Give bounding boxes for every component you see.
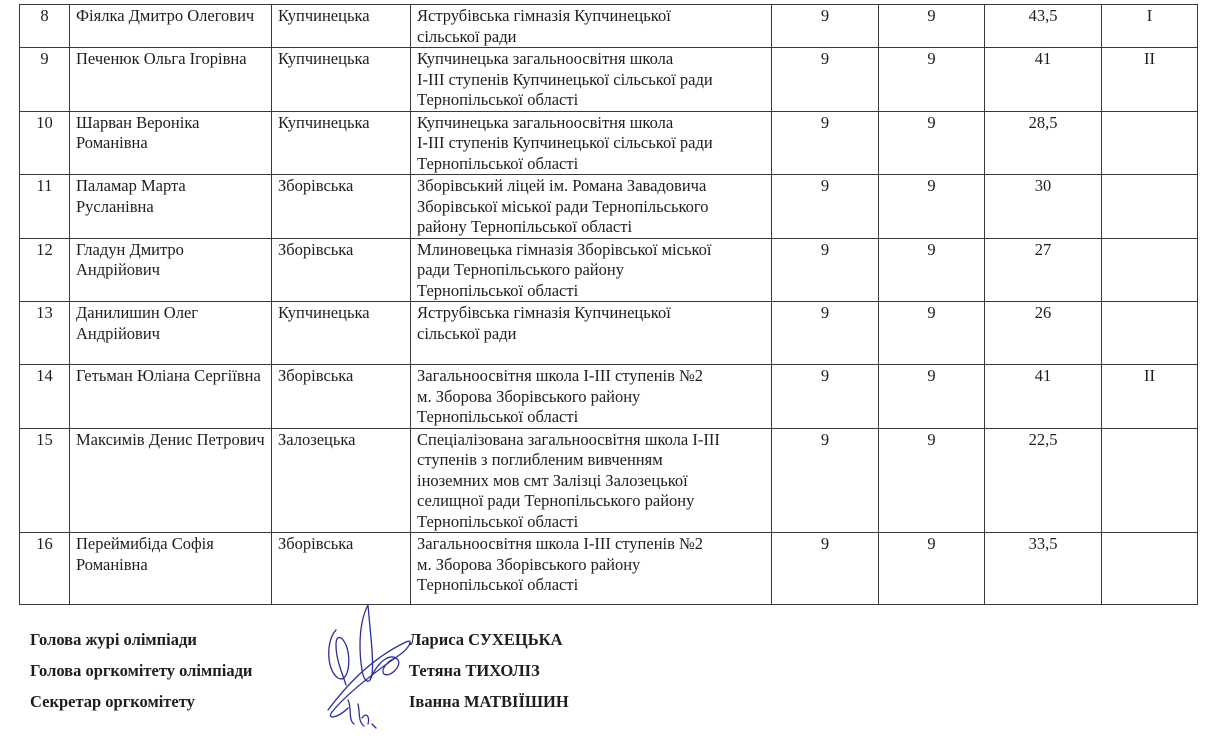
school-name-line: Тернопільської області <box>417 512 765 533</box>
grade-value: 9 <box>772 428 879 533</box>
school-name-line: ступенів з поглибленим вивченням <box>417 450 765 471</box>
table-row: 14Гетьман Юліана СергіївнаЗборівськаЗага… <box>20 365 1198 429</box>
school-name-line: І-ІІІ ступенів Купчинецької сільської ра… <box>417 70 765 91</box>
signatory-role: Голова оргкомітету олімпіади <box>30 661 252 681</box>
class-value: 9 <box>879 365 985 429</box>
school-name-line: Спеціалізована загальноосвітня школа І-І… <box>417 430 765 451</box>
grade-value: 9 <box>772 533 879 605</box>
participant-name: Фіялка Дмитро Олегович <box>70 5 272 48</box>
place-value <box>1102 175 1198 239</box>
class-value: 9 <box>879 302 985 365</box>
signatory-name: Тетяна ТИХОЛІЗ <box>409 661 540 681</box>
school-name: Купчинецька загальноосвітня школаІ-ІІІ с… <box>411 48 772 112</box>
class-value: 9 <box>879 533 985 605</box>
row-number: 13 <box>20 302 70 365</box>
table-row: 11Паламар Марта РусланівнаЗборівськаЗбор… <box>20 175 1198 239</box>
participant-name: Гладун Дмитро Андрійович <box>70 238 272 302</box>
school-name-line: м. Зборова Зборівського району <box>417 387 765 408</box>
class-value: 9 <box>879 428 985 533</box>
signatory-name: Лариса СУХЕЦЬКА <box>409 630 562 650</box>
results-table: 8Фіялка Дмитро ОлеговичКупчинецькаЯструб… <box>19 4 1198 605</box>
class-value: 9 <box>879 5 985 48</box>
community-name: Зборівська <box>272 533 411 605</box>
row-number: 14 <box>20 365 70 429</box>
school-name-line: сільської ради <box>417 27 765 48</box>
row-number: 9 <box>20 48 70 112</box>
score-value: 43,5 <box>985 5 1102 48</box>
school-name-line: Зборівської міської ради Тернопільського <box>417 197 765 218</box>
school-name: Загальноосвітня школа І-ІІІ ступенів №2м… <box>411 533 772 605</box>
score-value: 41 <box>985 365 1102 429</box>
score-value: 26 <box>985 302 1102 365</box>
place-value <box>1102 302 1198 365</box>
signatory-name: Іванна МАТВІЇШИН <box>409 692 569 712</box>
row-number: 16 <box>20 533 70 605</box>
place-value <box>1102 111 1198 175</box>
place-value: I <box>1102 5 1198 48</box>
community-name: Зборівська <box>272 238 411 302</box>
school-name-line: Тернопільської області <box>417 407 765 428</box>
school-name-line: Загальноосвітня школа І-ІІІ ступенів №2 <box>417 366 765 387</box>
table-row: 10Шарван Вероніка РоманівнаКупчинецькаКу… <box>20 111 1198 175</box>
grade-value: 9 <box>772 302 879 365</box>
table-row: 13Данилишин Олег АндрійовичКупчинецькаЯс… <box>20 302 1198 365</box>
table-row: 8Фіялка Дмитро ОлеговичКупчинецькаЯструб… <box>20 5 1198 48</box>
school-name: Яструбівська гімназія Купчинецькоїсільсь… <box>411 5 772 48</box>
grade-value: 9 <box>772 175 879 239</box>
table-row: 12Гладун Дмитро АндрійовичЗборівськаМлин… <box>20 238 1198 302</box>
participant-name: Паламар Марта Русланівна <box>70 175 272 239</box>
community-name: Купчинецька <box>272 48 411 112</box>
handwritten-signature <box>318 600 418 735</box>
place-value <box>1102 238 1198 302</box>
participant-name: Шарван Вероніка Романівна <box>70 111 272 175</box>
row-number: 12 <box>20 238 70 302</box>
place-value <box>1102 533 1198 605</box>
community-name: Залозецька <box>272 428 411 533</box>
participant-name: Гетьман Юліана Сергіївна <box>70 365 272 429</box>
school-name-line: Купчинецька загальноосвітня школа <box>417 113 765 134</box>
school-name-line: Загальноосвітня школа І-ІІІ ступенів №2 <box>417 534 765 555</box>
participant-name: Данилишин Олег Андрійович <box>70 302 272 365</box>
score-value: 28,5 <box>985 111 1102 175</box>
row-number: 10 <box>20 111 70 175</box>
results-table-body: 8Фіялка Дмитро ОлеговичКупчинецькаЯструб… <box>20 5 1198 605</box>
school-name: Купчинецька загальноосвітня школаІ-ІІІ с… <box>411 111 772 175</box>
row-number: 11 <box>20 175 70 239</box>
participant-name: Максимів Денис Петрович <box>70 428 272 533</box>
school-name: Яструбівська гімназія Купчинецькоїсільсь… <box>411 302 772 365</box>
score-value: 33,5 <box>985 533 1102 605</box>
school-name-line: іноземних мов смт Залізці Залозецької <box>417 471 765 492</box>
community-name: Купчинецька <box>272 302 411 365</box>
table-row: 9Печенюк Ольга ІгорівнаКупчинецькаКупчин… <box>20 48 1198 112</box>
school-name-line: Яструбівська гімназія Купчинецької <box>417 303 765 324</box>
score-value: 27 <box>985 238 1102 302</box>
class-value: 9 <box>879 175 985 239</box>
school-name-line: Тернопільської області <box>417 154 765 175</box>
community-name: Купчинецька <box>272 5 411 48</box>
school-name-line: І-ІІІ ступенів Купчинецької сільської ра… <box>417 133 765 154</box>
school-name-line: сільської ради <box>417 324 765 345</box>
grade-value: 9 <box>772 5 879 48</box>
place-value: II <box>1102 365 1198 429</box>
class-value: 9 <box>879 111 985 175</box>
class-value: 9 <box>879 48 985 112</box>
school-name-line: Купчинецька загальноосвітня школа <box>417 49 765 70</box>
community-name: Зборівська <box>272 365 411 429</box>
grade-value: 9 <box>772 111 879 175</box>
participant-name: Печенюк Ольга Ігорівна <box>70 48 272 112</box>
grade-value: 9 <box>772 238 879 302</box>
school-name: Спеціалізована загальноосвітня школа І-І… <box>411 428 772 533</box>
table-row: 15Максимів Денис ПетровичЗалозецькаСпеці… <box>20 428 1198 533</box>
place-value <box>1102 428 1198 533</box>
school-name-line: Тернопільської області <box>417 90 765 111</box>
school-name-line: ради Тернопільського району <box>417 260 765 281</box>
school-name-line: селищної ради Тернопільського району <box>417 491 765 512</box>
school-name-line: Зборівський ліцей ім. Романа Завадовича <box>417 176 765 197</box>
signatory-role: Секретар оргкомітету <box>30 692 195 712</box>
school-name: Загальноосвітня школа І-ІІІ ступенів №2м… <box>411 365 772 429</box>
community-name: Купчинецька <box>272 111 411 175</box>
table-row: 16Переймибіда Софія РоманівнаЗборівськаЗ… <box>20 533 1198 605</box>
row-number: 8 <box>20 5 70 48</box>
grade-value: 9 <box>772 48 879 112</box>
row-number: 15 <box>20 428 70 533</box>
school-name-line: Тернопільської області <box>417 575 765 596</box>
community-name: Зборівська <box>272 175 411 239</box>
place-value: II <box>1102 48 1198 112</box>
score-value: 22,5 <box>985 428 1102 533</box>
school-name: Зборівський ліцей ім. Романа ЗавадовичаЗ… <box>411 175 772 239</box>
school-name-line: Тернопільської області <box>417 281 765 302</box>
school-name: Млиновецька гімназія Зборівської міської… <box>411 238 772 302</box>
score-value: 30 <box>985 175 1102 239</box>
signatory-role: Голова журі олімпіади <box>30 630 197 650</box>
school-name-line: району Тернопільської області <box>417 217 765 238</box>
participant-name: Переймибіда Софія Романівна <box>70 533 272 605</box>
grade-value: 9 <box>772 365 879 429</box>
score-value: 41 <box>985 48 1102 112</box>
school-name-line: Яструбівська гімназія Купчинецької <box>417 6 765 27</box>
school-name-line: м. Зборова Зборівського району <box>417 555 765 576</box>
class-value: 9 <box>879 238 985 302</box>
school-name-line: Млиновецька гімназія Зборівської міської <box>417 240 765 261</box>
